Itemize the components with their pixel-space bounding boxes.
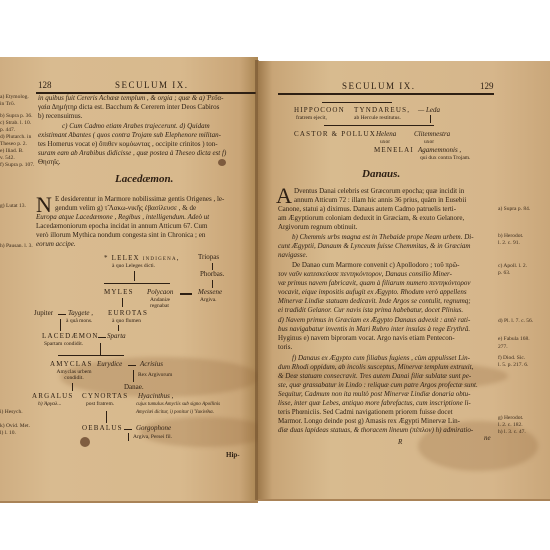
genealogy-note: Amyclæi dicitur, i) ponitur i) Ὑακίνθια. [136,410,214,415]
text-line: ste, quæ grassabatur in Lindo : reliquæ … [278,382,478,389]
ink-spot [80,437,90,447]
tree-line [430,115,431,123]
genealogy-note: cujus tumulus Amyclis sub signo Apollini… [136,402,220,407]
margin-note: b) Herodot. [498,234,523,240]
text-line: Argivorum regnum obtinuit. [278,224,357,231]
tree-line [58,314,66,315]
margin-note: f) Supra p. 107. [0,163,34,169]
tree-line [322,102,392,103]
genealogy-entry: Clitemnestra [414,131,450,138]
margin-note: Theseo p. 2. [0,142,27,148]
margin-note: e) Fabula 168. [498,337,530,343]
genealogy-note: uxor [380,140,390,146]
genealogy-entry: Sparta [107,333,126,340]
left-page: 128 SECULUM IX. a) Etymolog. in Τεῦ. b) … [0,57,258,503]
margin-note: d) Pl. l. 7. c. 56. [498,319,533,325]
genealogy-entry: OEBALUS [82,425,123,432]
text-line: toris. [278,344,292,351]
text-line: tes Homerus vocat e) ὄπιθεν κομόωντας , … [38,141,218,148]
genealogy-entry: Gorgophone [136,425,171,432]
text-line: Θησηΐς. [38,159,61,166]
text-line: De Danao cum Marmore convenit c) Apollod… [292,262,459,269]
tree-line [124,429,132,430]
text-line: b) Chemmis urbs magna est in Thebaide pr… [292,234,474,241]
genealogy-entry: ARGALUS [32,393,73,400]
tree-line [72,383,73,391]
genealogy-entry: Messene [198,289,222,296]
tree-line [128,433,129,441]
text-line: diæ duas lapideas statuas, & thoracem li… [278,427,473,434]
tree-line [128,365,136,366]
header-rule [278,93,494,95]
text-line: navigasse. [278,252,307,259]
margin-note: a) Etymolog. [0,95,29,101]
genealogy-entry: Polycaon [147,289,173,296]
text-line: dum Rhodi oppidum, ab incolis susceptus,… [278,364,473,371]
text-line: Sequitur, Cadmum non ita multò post Mine… [278,391,471,398]
genealogy-note: post fratrem. [86,402,114,408]
genealogy-entry: TYNDAREUS, [354,107,410,114]
text-line: & Deæ statuam consecravit. Tres autem Da… [278,373,471,380]
margin-note: i) Hesych. [0,410,23,416]
text-line: Dventus Danai celebris est Græcorum epoc… [294,188,464,195]
genealogy-entry: Helena [376,131,396,138]
text-line: vocavit, eique impositis aufugit ex Ægyp… [278,289,467,296]
catchword: ne [484,435,491,442]
margin-note: l. 2. c. 182. [498,423,523,429]
water-stain [140,417,270,447]
tree-line [100,343,101,355]
genealogy-entry: LACEDÆMON [42,333,99,340]
genealogy-note: Amyclas urbem condidit. [52,370,96,381]
text-line: d) Navem primus in Græciam ex Ægypto Dan… [278,317,470,324]
genealogy-entry: Taygete , [68,310,93,317]
genealogy-entry: Phorbas. [200,271,224,278]
tree-line [58,355,124,356]
text-line: Canone, statui a) diximus. Danaus autem … [278,206,456,213]
text-line: gendum velim g) τ̃ Λακω-νικῆς ἐβασίλευσε… [55,205,196,212]
text-line: eorum accipe. [36,241,76,248]
tree-line [212,280,213,288]
genealogy-note: à quo Leleges dicti. [112,264,155,270]
text-line: Lacedæmoniorum epocha incidat in annum A… [36,223,207,230]
margin-note: 277. [498,345,508,351]
tree-line [118,325,119,331]
tree-line [122,298,123,307]
signature-mark: R [398,439,402,446]
margin-note: d) Plutarch. in [0,135,31,141]
text-line: in quibus fuit Cereris Achææ templum , &… [38,95,223,102]
genealogy-entry: Hyacinthus , [138,393,173,400]
genealogy-note: Spartam condidit. [44,342,83,348]
margin-note: l. 2. c. 91. [498,241,520,247]
margin-note: e) Iliad. B. [0,149,24,155]
margin-note: c) Strab. l. 10. [0,121,31,127]
genealogy-note: qui dux contra Trojam. [420,156,470,162]
genealogy-entry: AMYCLAS [50,361,93,368]
tree-line [98,337,106,338]
genealogy-entry: — Leda [418,107,440,114]
text-line: cunt Ægyptii, Danaum & Lynceum fuisse Ch… [278,243,470,250]
margin-note: f) Diod. Sic. [498,356,525,362]
text-line: teris Phœniciis. Sed Cadmi navigationem … [278,409,453,416]
genealogy-entry: Jupiter [34,310,53,317]
genealogy-note: h) Ἀργαλ... [38,402,62,408]
margin-note: h) l. 3. c. 47. [498,430,526,436]
margin-note: p. 447. [0,128,15,134]
genealogy-note: Argiva, Persei fil. [133,435,172,441]
margin-note: c) Apoll. l. 2. [498,264,527,270]
margin-note: k) Ovid. Met. [0,424,30,430]
genealogy-note: uxor [424,140,434,146]
text-line: γαία Δημήτηρ dicta est. Bacchum & Cerere… [38,104,219,111]
text-line: am Ægyptiorum coloniam deduxit in Græcia… [278,215,464,222]
genealogy-note: Rex Argivorum [138,373,172,379]
margin-note: in Τεῦ. [0,102,15,108]
genealogy-entry: CASTOR & POLLUX [294,131,376,138]
tree-line [104,283,170,284]
genealogy-entry: MYLES [104,289,134,296]
genealogy-entry: Agamemnonis , [418,147,461,154]
margin-note: v. 542. [0,156,15,162]
genealogy-entry: Acrisius [140,361,163,368]
genealogy-entry: * LELEX indigena, [104,255,180,262]
tree-line [133,370,134,382]
text-line: verò illorum Mythica nondum congesta sin… [36,232,205,239]
genealogy-note: ab Hercule restitutus. [354,116,401,122]
margin-note: h) Pausan. l. 3. [0,244,33,250]
section-title: Lacedæmon. [115,174,173,185]
text-line: b) recensuimus. [38,113,82,120]
text-line: f) Danaus ex Ægypto cum filiabus fugiens… [292,355,470,362]
tree-line [180,293,192,295]
text-line: væ primus navem fabricavit, quam à filia… [278,280,471,287]
text-line: ei tradidit Gelanor. Cur navis ista prim… [278,307,463,314]
text-line: annum Atticum 72 : illam hic annis 36 pr… [294,197,466,204]
right-page: SECULUM IX. 129 HIPPOCOON TYNDAREUS, — L… [258,61,550,501]
margin-note: g) Lutat 13. [0,204,26,210]
genealogy-entry: MENELAI [374,147,414,154]
text-line: c) Cum Cadmo etiam Arabes trajecerunt. d… [62,123,210,130]
genealogy-entry: Eurydice [97,361,122,368]
text-line: Minervæ Lindiæ statuam dedicavit. Inde A… [278,298,471,305]
text-line: Europa atque Lacedæmone , Regibus , inte… [36,214,209,221]
text-line: E desiderentur in Marmore nobilissimæ ge… [55,196,224,203]
text-line: Marmor. Longo deinde post g) Amasis rex … [278,418,460,425]
section-title: Danaus. [362,169,400,180]
text-line: lisse, inter quæ Lebes, antiquo more fab… [278,400,471,407]
genealogy-entry: Danae. [124,384,144,391]
margin-note: l) l. 10. [0,431,16,437]
margin-note: l. 5. p. 217. 6. [498,363,528,369]
text-line: existimant Abantes ( quos contra Trojam … [38,132,221,139]
text-line: suram eam ab Arabibus didicisse , quæ po… [38,150,226,157]
catchword: Hip- [226,452,240,459]
page-number: 128 [38,81,52,90]
page-number: 129 [480,82,494,91]
genealogy-entry: HIPPOCOON [294,107,345,114]
genealogy-note: à quo flumen [112,319,141,325]
margin-note: a) Supra p. 84. [498,207,530,213]
text-line: τον ναῦν κατεσκεύασε πεντηκόντορον, Dana… [278,271,452,278]
genealogy-note: Andaniæ regnabat [150,298,180,309]
tree-line [106,411,107,423]
genealogy-note: Argiva. [200,298,217,304]
margin-note: p. 63. [498,271,510,277]
tree-line [60,319,61,331]
margin-note: g) Herodot. [498,416,523,422]
genealogy-entry: Triopas [198,254,219,261]
genealogy-note: fratrem ejecit, [296,116,327,122]
tree-line [324,125,434,126]
tree-line [212,263,213,270]
drop-cap: A [276,185,292,207]
running-head: SECULUM IX. [115,81,189,90]
running-head: SECULUM IX. [342,82,416,91]
text-line: bus navigabatur inventis in Mari Rubro i… [278,326,470,333]
margin-note: b) Supra p. 36. [0,114,33,120]
text-line: Hyginus e) navem biproram vocat. Argo na… [278,335,455,342]
tree-line [134,271,135,281]
genealogy-entry: CYNORTAS [82,393,128,400]
open-book-photo: 128 SECULUM IX. a) Etymolog. in Τεῦ. b) … [0,56,550,502]
genealogy-entry: EUROTAS [108,310,148,317]
ink-spot [218,159,226,166]
genealogy-note: à quâ mons. [66,319,92,325]
